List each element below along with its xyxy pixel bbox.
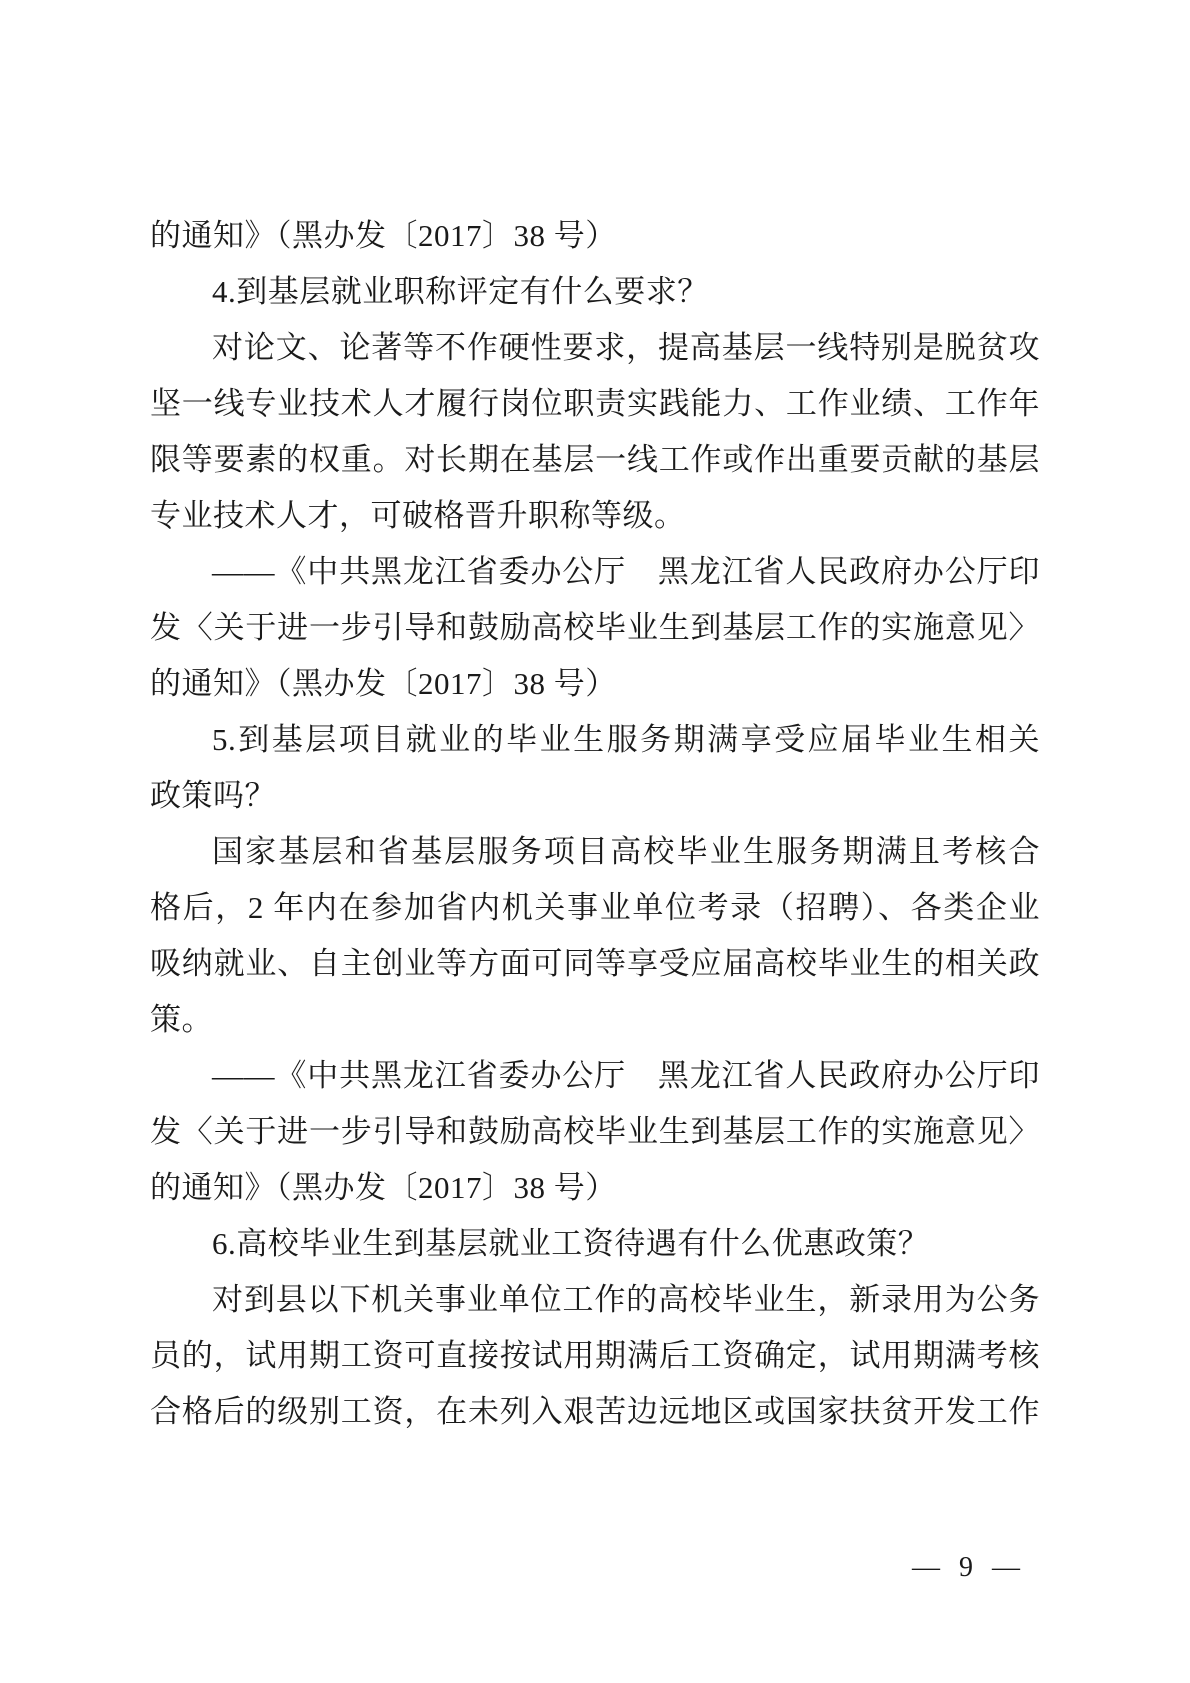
page-number: — 9 — [912,1552,1020,1584]
text-line: 合格后的级别工资，在未列入艰苦边远地区或国家扶贫开发工作 [150,1384,1040,1440]
citation-line: 发〈关于进一步引导和鼓励高校毕业生到基层工作的实施意见〉 [150,1104,1040,1160]
text-line: 对论文、论著等不作硬性要求，提高基层一线特别是脱贫攻 [150,320,1040,376]
question-5-heading: 5.到基层项目就业的毕业生服务期满享受应届毕业生相关 [150,712,1040,768]
citation-line: ——《中共黑龙江省委办公厅 黑龙江省人民政府办公厅印 [150,1048,1040,1104]
text-line: 坚一线专业技术人才履行岗位职责实践能力、工作业绩、工作年 [150,376,1040,432]
question-6-heading: 6.高校毕业生到基层就业工资待遇有什么优惠政策？ [150,1216,1040,1272]
text-line: 吸纳就业、自主创业等方面可同等享受应届高校毕业生的相关政 [150,936,1040,992]
text-line: 限等要素的权重。对长期在基层一线工作或作出重要贡献的基层 [150,432,1040,488]
citation-line: ——《中共黑龙江省委办公厅 黑龙江省人民政府办公厅印 [150,544,1040,600]
text-line: 对到县以下机关事业单位工作的高校毕业生，新录用为公务 [150,1272,1040,1328]
text-line: 格后，2 年内在参加省内机关事业单位考录（招聘）、各类企业 [150,880,1040,936]
citation-line: 的通知》（黑办发〔2017〕38 号） [150,656,1040,712]
document-body: 的通知》（黑办发〔2017〕38 号） 4.到基层就业职称评定有什么要求？ 对论… [150,208,1040,1440]
question-4-heading: 4.到基层就业职称评定有什么要求？ [150,264,1040,320]
text-line: 员的，试用期工资可直接按试用期满后工资确定，试用期满考核 [150,1328,1040,1384]
text-line: 策。 [150,992,1040,1048]
text-line: 国家基层和省基层服务项目高校毕业生服务期满且考核合 [150,824,1040,880]
text-line: 专业技术人才，可破格晋升职称等级。 [150,488,1040,544]
citation-line: 的通知》（黑办发〔2017〕38 号） [150,1160,1040,1216]
citation-line: 发〈关于进一步引导和鼓励高校毕业生到基层工作的实施意见〉 [150,600,1040,656]
text-line: 的通知》（黑办发〔2017〕38 号） [150,208,1040,264]
question-5-heading-cont: 政策吗？ [150,768,1040,824]
document-page: 的通知》（黑办发〔2017〕38 号） 4.到基层就业职称评定有什么要求？ 对论… [0,0,1190,1683]
